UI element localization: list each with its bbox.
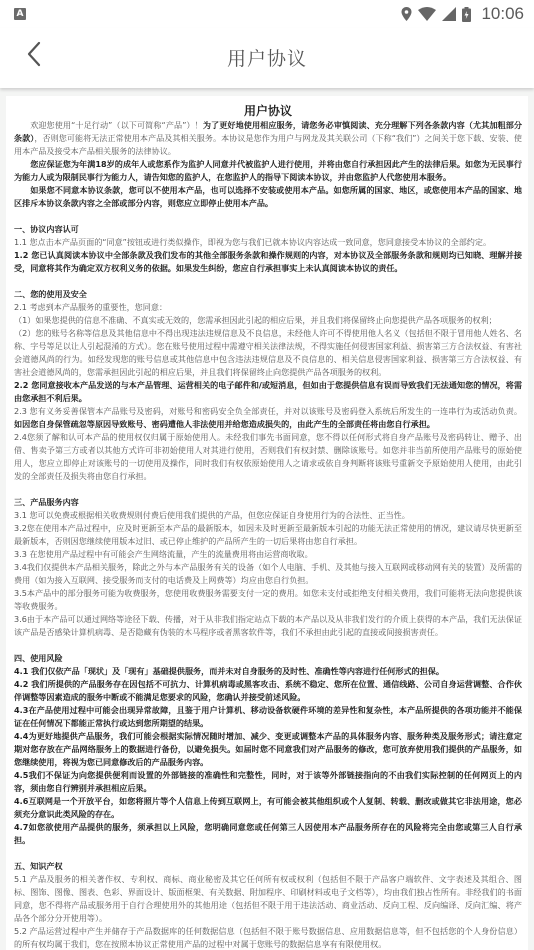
text: 3.4我们仅提供本产品相关服务，除此之外与本产品服务有关的设备（如个人电脑、手机… — [14, 562, 522, 585]
paragraph: 4.5我们不保证为向您提供便利而设置的外部链接的准确性和完整性，同时，对于该等外… — [14, 769, 522, 795]
text: 3.6由于本产品可以通过网络等途径下载、传播，对于从非我们指定站点下载的本产品以… — [14, 614, 522, 637]
bold-text: 4.2 我们所提供的产品服务存在因包括不可抗力、计算机病毒或黑客攻击、系统不稳定… — [14, 679, 522, 702]
signal-icon — [442, 7, 456, 21]
paragraph: 1.2 您已认真阅读本协议中全部条款及我们发布的其他全部服务条款和操作规则的内容… — [14, 249, 522, 275]
paragraph: 4.3在产品使用过程中可能会出现异常故障，且鉴于用户计算机、移动设备软硬件环境的… — [14, 704, 522, 730]
section-heading: 五、知识产权 — [14, 860, 522, 873]
intro: 欢迎您使用“十足行动”（以下可简称“产品”）！为了更好地使用相应服务，请您务必审… — [14, 119, 522, 210]
paragraph: 2.3 您有义务妥善保管本产品账号及密码，对账号和密码安全负全部责任，并对以该账… — [14, 405, 522, 431]
paragraph: （2）您的账号名称等信息及其他信息中不得出现违法违规信息及不良信息，未经他人许可… — [14, 327, 522, 379]
text: 2.3 您有义务妥善保管本产品账号及密码，对账号和密码安全负全部责任，并对以该账… — [14, 406, 522, 416]
sections: 一、协议内容认可1.1 您点击本产品页面的“同意”按钮或进行类似操作，即视为您与… — [14, 223, 522, 950]
bold-text: 2.2 您同意接收本产品发送的与本产品管理、运营相关的电子邮件和/或短消息，但如… — [14, 380, 522, 403]
clock: 10:06 — [481, 4, 524, 24]
bold-text: 您应保证您为年满18岁的成年人或您系作为监护人同意并代被监护人进行使用，并将由您… — [14, 159, 522, 182]
bold-text: 4.4为更好地提供产品服务，我们可能会根据实际情况随时增加、减少、变更或调整本产… — [14, 731, 522, 767]
paragraph: 3.2您在使用本产品过程中，应及时更新至本产品的最新版本，如因未及时更新至最新版… — [14, 522, 522, 548]
paragraph: 4.4为更好地提供产品服务，我们可能会根据实际情况随时增加、减少、变更或调整本产… — [14, 730, 522, 769]
bold-text: 如因您自身保管疏忽等原因导致账号、密码遭他人非法使用并给您造成损失的，由此产生的… — [14, 419, 435, 429]
battery-charging-icon — [462, 7, 471, 22]
paragraph: 3.1 您可以免费或根据相关收费规则付费后使用我们提供的产品，但您应保证自身使用… — [14, 509, 522, 522]
bold-text: 4.7如您欲使用产品提供的服务，须承担以上风险，您明确同意您或任何第三人因使用本… — [14, 822, 522, 845]
bold-text: 4.1 我们仅依产品「现状」及「现有」基础提供服务，而并未对自身服务的及时性、准… — [14, 666, 444, 676]
document-title: 用户协议 — [14, 104, 522, 119]
text: ，否则您可能将无法正常使用本产品及其相关服务。本协议是您作为用户与网龙及其关联公… — [14, 133, 522, 156]
section-heading: 四、使用风险 — [14, 652, 522, 665]
text: 欢迎您使用“十足行动”（以下可简称“产品”）！ — [30, 120, 203, 130]
bold-text: 1.2 您已认真阅读本协议中全部条款及我们发布的其他全部服务条款和操作规则的内容… — [14, 250, 522, 273]
paragraph: 2.4您须了解和认可本产品的使用权仅归属于原始使用人。未经我们事先书面同意，您不… — [14, 431, 522, 483]
bold-text: 4.5我们不保证为向您提供便利而设置的外部链接的准确性和完整性，同时，对于该等外… — [14, 770, 522, 793]
paragraph: 2.2 您同意接收本产品发送的与本产品管理、运营相关的电子邮件和/或短消息，但如… — [14, 379, 522, 405]
paragraph: 3.3 在您使用产品过程中有可能会产生网络流量，产生的流量费用将由运营商收取。 — [14, 548, 522, 561]
text: 2.1 考虑到本产品服务的重要性，您同意： — [14, 302, 167, 312]
paragraph: 3.5本产品中的部分服务可能为收费服务，您使用收费服务需要支付一定的费用。如您未… — [14, 587, 522, 613]
location-icon — [401, 7, 412, 21]
text: 5.2 产品运营过程中产生并储存于产品数据库的任何数据信息（包括但不限于账号数据… — [14, 926, 522, 949]
status-bar: A 10:06 — [0, 0, 534, 28]
notification-icon: A — [14, 8, 26, 20]
wifi-icon — [418, 7, 436, 21]
paragraph: 1.1 您点击本产品页面的“同意”按钮或进行类似操作，即视为您与我们已就本协议内… — [14, 236, 522, 249]
agreement-content[interactable]: 用户协议 欢迎您使用“十足行动”（以下可简称“产品”）！为了更好地使用相应服务，… — [6, 96, 528, 950]
text: （1）如果您提供的信息不准确、不真实或无效的，您需承担因此引起的相应后果，并且我… — [14, 315, 497, 325]
text: （2）您的账号名称等信息及其他信息中不得出现违法违规信息及不良信息，未经他人许可… — [14, 328, 522, 377]
paragraph: 4.1 我们仅依产品「现状」及「现有」基础提供服务，而并未对自身服务的及时性、准… — [14, 665, 522, 678]
paragraph: 3.6由于本产品可以通过网络等途径下载、传播，对于从非我们指定站点下载的本产品以… — [14, 613, 522, 639]
text: 2.4您须了解和认可本产品的使用权仅归属于原始使用人。未经我们事先书面同意，您不… — [14, 432, 522, 481]
section-heading: 二、您的使用及安全 — [14, 288, 522, 301]
section-heading: 三、产品服务内容 — [14, 496, 522, 509]
paragraph: 2.1 考虑到本产品服务的重要性，您同意： — [14, 301, 522, 314]
paragraph: 4.2 我们所提供的产品服务存在因包括不可抗力、计算机病毒或黑客攻击、系统不稳定… — [14, 678, 522, 704]
text: 1.1 您点击本产品页面的“同意”按钮或进行类似操作，即视为您与我们已就本协议内… — [14, 237, 491, 247]
text: 3.1 您可以免费或根据相关收费规则付费后使用我们提供的产品，但您应保证自身使用… — [14, 510, 410, 520]
paragraph: 5.1 产品及服务的相关著作权、专利权、商标、商业秘密及其它任何所有权或权利（包… — [14, 873, 522, 925]
paragraph: 3.4我们仅提供本产品相关服务，除此之外与本产品服务有关的设备（如个人电脑、手机… — [14, 561, 522, 587]
page-title: 用户协议 — [0, 44, 534, 71]
paragraph: 4.7如您欲使用产品提供的服务，须承担以上风险，您明确同意您或任何第三人因使用本… — [14, 821, 522, 847]
text: 3.3 在您使用产品过程中有可能会产生网络流量，产生的流量费用将由运营商收取。 — [14, 549, 313, 559]
paragraph: （1）如果您提供的信息不准确、不真实或无效的，您需承担因此引起的相应后果，并且我… — [14, 314, 522, 327]
bold-text: 4.6互联网是一个开放平台，如您将照片等个人信息上传到互联网上，有可能会被其他组… — [14, 796, 522, 819]
paragraph: 您应保证您为年满18岁的成年人或您系作为监护人同意并代被监护人进行使用，并将由您… — [14, 158, 522, 184]
bold-text: 4.3在产品使用过程中可能会出现异常故障，且鉴于用户计算机、移动设备软硬件环境的… — [14, 705, 522, 728]
section-heading: 一、协议内容认可 — [14, 223, 522, 236]
paragraph: 4.6互联网是一个开放平台，如您将照片等个人信息上传到互联网上，有可能会被其他组… — [14, 795, 522, 821]
text: 3.5本产品中的部分服务可能为收费服务，您使用收费服务需要支付一定的费用。如您未… — [14, 588, 522, 611]
paragraph: 欢迎您使用“十足行动”（以下可简称“产品”）！为了更好地使用相应服务，请您务必审… — [14, 119, 522, 158]
paragraph: 如果您不同意本协议条款，您可以不使用本产品，也可以选择不安装或使用本产品。如您所… — [14, 184, 522, 210]
app-bar: 用户协议 — [0, 28, 534, 88]
text: 5.1 产品及服务的相关著作权、专利权、商标、商业秘密及其它任何所有权或权利（包… — [14, 874, 522, 923]
paragraph: 5.2 产品运营过程中产生并储存于产品数据库的任何数据信息（包括但不限于账号数据… — [14, 925, 522, 950]
text: 3.2您在使用本产品过程中，应及时更新至本产品的最新版本，如因未及时更新至最新版… — [14, 523, 522, 546]
bold-text: 如果您不同意本协议条款，您可以不使用本产品，也可以选择不安装或使用本产品。如您所… — [14, 185, 522, 208]
